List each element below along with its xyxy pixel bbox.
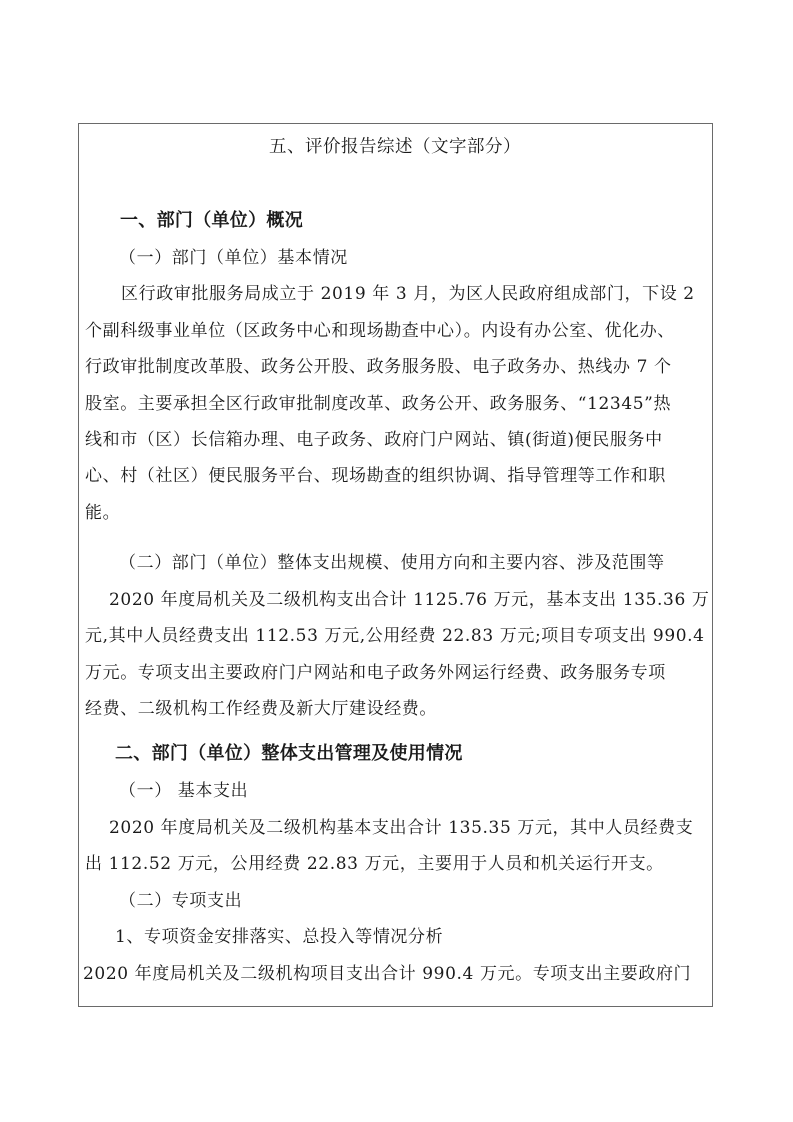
paragraph-line: 经费、二级机构工作经费及新大厅建设经费。 (85, 698, 437, 720)
list-item-funding-analysis: 1、专项资金安排落实、总投入等情况分析 (115, 926, 443, 948)
subheading-basic-expenditure: （一） 基本支出 (119, 780, 248, 802)
subheading-basic-info: （一）部门（单位）基本情况 (119, 247, 348, 269)
paragraph-line: 能。 (85, 502, 120, 524)
paragraph-line: 2020 年度局机关及二级机构基本支出合计 135.35 万元，其中人员经费支 (109, 817, 693, 839)
paragraph-line: 万元。专项支出主要政府门户网站和电子政务外网运行经费、政务服务专项 (85, 662, 666, 684)
subheading-special-expenditure: （二）专项支出 (119, 890, 242, 912)
paragraph-line: 出 112.52 万元，公用经费 22.83 万元，主要用于人员和机关运行开支。 (85, 853, 664, 875)
paragraph-line: 2020 年度局机关及二级机构项目支出合计 990.4 万元。专项支出主要政府门 (83, 963, 691, 985)
subheading-expenditure-scale: （二）部门（单位）整体支出规模、使用方向和主要内容、涉及范围等 (119, 552, 665, 574)
report-frame: 五、评价报告综述（文字部分） 一、部门（单位）概况 （一）部门（单位）基本情况 … (78, 123, 713, 1007)
paragraph-line: 线和市（区）长信箱办理、电子政务、政府门户网站、镇(街道)便民服务中 (85, 429, 663, 451)
section-heading-expenditure-management: 二、部门（单位）整体支出管理及使用情况 (115, 743, 463, 765)
paragraph-line: 元,其中人员经费支出 112.53 万元,公用经费 22.83 万元;项目专项支… (85, 625, 705, 647)
page-title: 五、评价报告综述（文字部分） (79, 136, 711, 158)
paragraph-line: 2020 年度局机关及二级机构支出合计 1125.76 万元，基本支出 135.… (109, 589, 709, 611)
paragraph-line: 心、村（社区）便民服务平台、现场勘查的组织协调、指导管理等工作和职 (85, 465, 666, 487)
paragraph-line: 股室。主要承担全区行政审批制度改革、政务公开、政务服务、“12345”热 (85, 393, 671, 415)
paragraph-line: 行政审批制度改革股、政务公开股、政务服务股、电子政务办、热线办 7 个 (85, 356, 672, 378)
paragraph-line: 个副科级事业单位（区政务中心和现场勘查中心）。内设有办公室、优化办、 (85, 320, 675, 342)
paragraph-line: 区行政审批服务局成立于 2019 年 3 月，为区人民政府组成部门，下设 2 (121, 283, 695, 305)
section-heading-overview: 一、部门（单位）概况 (120, 210, 303, 232)
